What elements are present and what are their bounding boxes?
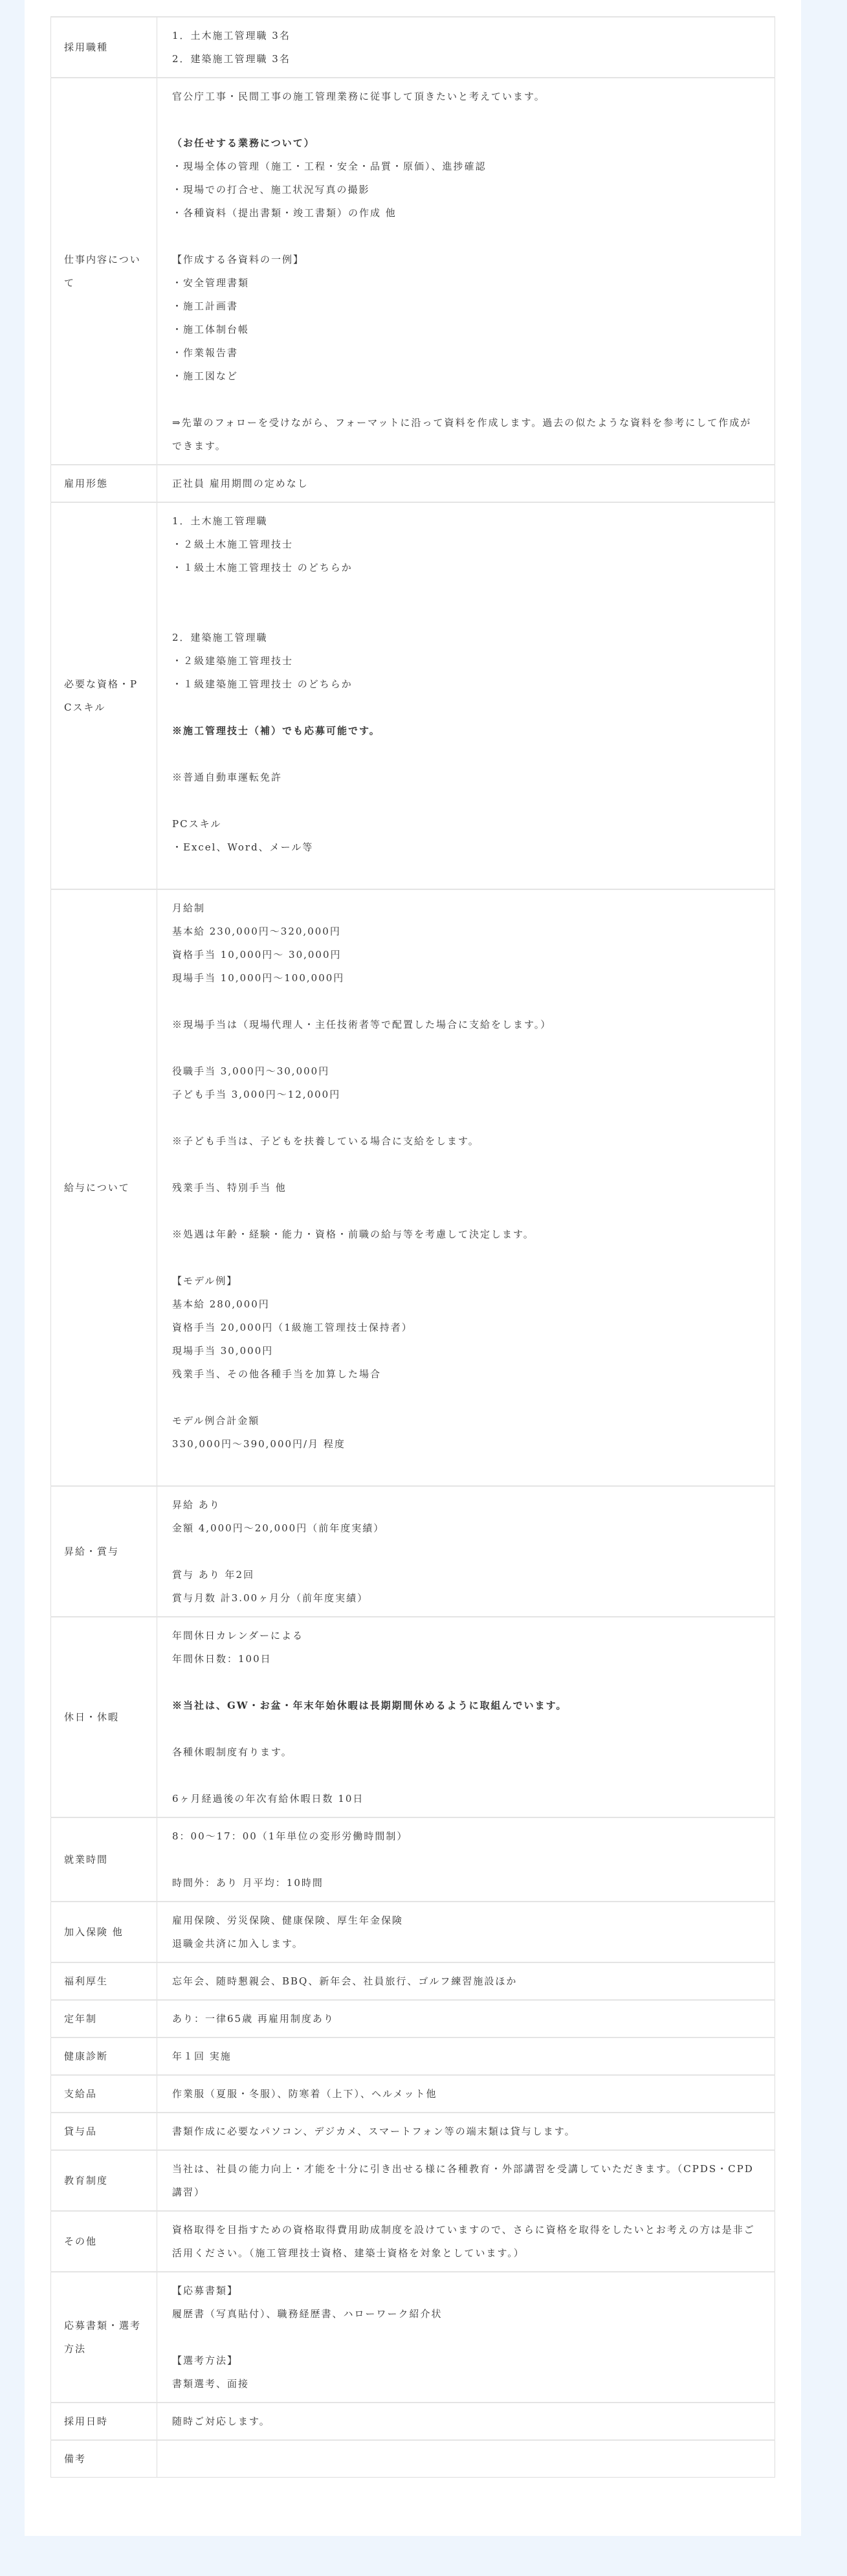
value-line: ・Excel、Word、メール等	[172, 836, 759, 859]
value-line: 資格取得を目指すための資格取得費用助成制度を設けていますので、さらに資格を取得を…	[172, 2218, 759, 2265]
row-value: 作業服（夏服・冬服）、防寒着（上下）、ヘルメット他	[157, 2075, 775, 2113]
value-line: 8：00〜17：00（1年単位の変形労働時間制）	[172, 1825, 759, 1848]
blank-line	[172, 1106, 759, 1129]
value-line: 正社員 雇用期間の定めなし	[172, 472, 759, 495]
table-row-15: 教育制度 当社は、社員の能力向上・才能を十分に引き出せる様に各種教育・外部講習を…	[51, 2150, 775, 2211]
value-line: 忘年会、随時懇親会、BBQ、新年会、社員旅行、ゴルフ練習施設ほか	[172, 1970, 759, 1993]
table-body: 採用職種 1．土木施工管理職 3名2．建築施工管理職 3名 仕事内容について 官…	[51, 17, 775, 2478]
table-row-9: 加入保険 他 雇用保険、労災保険、健康保険、厚生年金保険退職金共済に加入します。	[51, 1902, 775, 1962]
row-value: 8：00〜17：00（1年単位の変形労働時間制）時間外：あり 月平均：10時間	[157, 1817, 775, 1902]
row-label: 教育制度	[51, 2150, 157, 2211]
blank-line	[172, 2326, 759, 2349]
row-label: 仕事内容について	[51, 78, 157, 465]
row-label: 昇給・賞与	[51, 1486, 157, 1617]
value-line: 月給制	[172, 896, 759, 920]
value-line: ・施工図など	[172, 364, 759, 388]
row-label: その他	[51, 2211, 157, 2272]
blank-line	[172, 1456, 759, 1479]
row-value: 1．土木施工管理職 3名2．建築施工管理職 3名	[157, 17, 775, 78]
row-label: 福利厚生	[51, 1962, 157, 2000]
table-row-12: 健康診断 年１回 実施	[51, 2037, 775, 2075]
value-line: あり：一律65歳 再雇用制度あり	[172, 2007, 759, 2030]
value-line: ※普通自動車運転免許	[172, 766, 759, 789]
value-line: ・現場での打合せ、施工状況写真の撮影	[172, 178, 759, 201]
table-row-10: 福利厚生 忘年会、随時懇親会、BBQ、新年会、社員旅行、ゴルフ練習施設ほか	[51, 1962, 775, 2000]
blank-line	[172, 990, 759, 1013]
value-line: 随時ご対応します。	[172, 2410, 759, 2433]
value-line: ・１級建築施工管理技士 のどちらか	[172, 672, 759, 696]
value-line: 書類作成に必要なパソコン、デジカメ、スマートフォン等の端末類は貸与します。	[172, 2120, 759, 2143]
row-value: 昇給 あり金額 4,000円〜20,000円（前年度実績）賞与 あり 年2回賞与…	[157, 1486, 775, 1617]
value-line: 基本給 230,000円〜320,000円	[172, 920, 759, 943]
value-line: 年間休日数：100日	[172, 1647, 759, 1671]
row-label: 貸与品	[51, 2113, 157, 2150]
recruitment-card: 採用職種 1．土木施工管理職 3名2．建築施工管理職 3名 仕事内容について 官…	[25, 0, 801, 2536]
table-row-1: 採用職種 1．土木施工管理職 3名2．建築施工管理職 3名	[51, 17, 775, 78]
row-label: 休日・休暇	[51, 1617, 157, 1817]
value-line: 【モデル例】	[172, 1269, 759, 1293]
value-line: 残業手当、その他各種手当を加算した場合	[172, 1362, 759, 1386]
row-label: 必要な資格・PCスキル	[51, 502, 157, 889]
row-value: 忘年会、随時懇親会、BBQ、新年会、社員旅行、ゴルフ練習施設ほか	[157, 1962, 775, 2000]
row-label: 定年制	[51, 2000, 157, 2037]
blank-line	[172, 1386, 759, 1409]
table-row-18: 採用日時 随時ご対応します。	[51, 2403, 775, 2440]
row-label: 備考	[51, 2440, 157, 2478]
table-row-13: 支給品 作業服（夏服・冬服）、防寒着（上下）、ヘルメット他	[51, 2075, 775, 2113]
value-line: 【作成する各資料の一例】	[172, 248, 759, 271]
value-line: 官公庁工事・民間工事の施工管理業務に従事して頂きたいと考えています。	[172, 85, 759, 108]
value-line: ※子ども手当は、子どもを扶養している場合に支給をします。	[172, 1129, 759, 1153]
row-value: 月給制基本給 230,000円〜320,000円資格手当 10,000円〜 30…	[157, 889, 775, 1486]
blank-line	[172, 859, 759, 882]
value-line: 基本給 280,000円	[172, 1293, 759, 1316]
value-line: ・２級土木施工管理技士	[172, 533, 759, 556]
value-line: （お任せする業務について）	[172, 131, 759, 155]
row-label: 加入保険 他	[51, 1902, 157, 1962]
value-line: 各種休暇制度有ります。	[172, 1740, 759, 1764]
value-line: 履歴書（写真貼付）、職務経歴書、ハローワーク紹介状	[172, 2302, 759, 2326]
row-value: 書類作成に必要なパソコン、デジカメ、スマートフォン等の端末類は貸与します。	[157, 2113, 775, 2150]
blank-line	[172, 1246, 759, 1269]
row-value: あり：一律65歳 再雇用制度あり	[157, 2000, 775, 2037]
row-value	[157, 2440, 775, 2478]
row-label: 雇用形態	[51, 465, 157, 502]
value-line: ・作業報告書	[172, 341, 759, 364]
value-line: 残業手当、特別手当 他	[172, 1176, 759, 1199]
value-line: ・現場全体の管理（施工・工程・安全・品質・原価）、進捗確認	[172, 155, 759, 178]
recruitment-details-table: 採用職種 1．土木施工管理職 3名2．建築施工管理職 3名 仕事内容について 官…	[50, 16, 775, 2478]
value-line: ・施工計画書	[172, 294, 759, 318]
blank-line	[172, 603, 759, 626]
blank-line	[172, 1717, 759, 1740]
table-row-6: 昇給・賞与 昇給 あり金額 4,000円〜20,000円（前年度実績）賞与 あり…	[51, 1486, 775, 1617]
value-line: 【選考方法】	[172, 2349, 759, 2372]
row-value: 年１回 実施	[157, 2037, 775, 2075]
value-line: PCスキル	[172, 812, 759, 836]
blank-line	[172, 742, 759, 766]
value-line: 1．土木施工管理職 3名	[172, 24, 759, 47]
value-line: ※処遇は年齢・経験・能力・資格・前職の給与等を考慮して決定します。	[172, 1223, 759, 1246]
value-line: 退職金共済に加入します。	[172, 1932, 759, 1955]
value-line: ・２級建築施工管理技士	[172, 649, 759, 672]
blank-line	[172, 1540, 759, 1563]
value-line: ※現場手当は（現場代理人・主任技術者等で配置した場合に支給をします。）	[172, 1013, 759, 1036]
row-label: 給与について	[51, 889, 157, 1486]
blank-line	[172, 789, 759, 812]
value-line: 作業服（夏服・冬服）、防寒着（上下）、ヘルメット他	[172, 2082, 759, 2105]
table-row-4: 必要な資格・PCスキル 1．土木施工管理職・２級土木施工管理技士・１級土木施工管…	[51, 502, 775, 889]
value-line: ・施工体制台帳	[172, 318, 759, 341]
blank-line	[172, 2447, 759, 2471]
value-line: モデル例合計金額	[172, 1409, 759, 1432]
row-value: 1．土木施工管理職・２級土木施工管理技士・１級土木施工管理技士 のどちらか2．建…	[157, 502, 775, 889]
value-line: 資格手当 20,000円（1級施工管理技士保持者）	[172, 1316, 759, 1339]
row-label: 採用職種	[51, 17, 157, 78]
value-line: 【応募書類】	[172, 2279, 759, 2302]
value-line: 賞与月数 計3.00ヶ月分（前年度実績）	[172, 1586, 759, 1610]
value-line: 賞与 あり 年2回	[172, 1563, 759, 1586]
value-line: ・各種資料（提出書類・竣工書類）の作成 他	[172, 201, 759, 225]
row-value: 年間休日カレンダーによる年間休日数：100日※当社は、GW・お盆・年末年始休暇は…	[157, 1617, 775, 1817]
value-line: ⇒先輩のフォローを受けながら、フォーマットに沿って資料を作成します。過去の似たよ…	[172, 411, 759, 458]
value-line: 雇用保険、労災保険、健康保険、厚生年金保険	[172, 1909, 759, 1932]
value-line: 役職手当 3,000円〜30,000円	[172, 1060, 759, 1083]
blank-line	[172, 108, 759, 131]
table-row-14: 貸与品 書類作成に必要なパソコン、デジカメ、スマートフォン等の端末類は貸与します…	[51, 2113, 775, 2150]
row-value: 雇用保険、労災保険、健康保険、厚生年金保険退職金共済に加入します。	[157, 1902, 775, 1962]
row-value: 資格取得を目指すための資格取得費用助成制度を設けていますので、さらに資格を取得を…	[157, 2211, 775, 2272]
value-line: 1．土木施工管理職	[172, 509, 759, 533]
value-line: 年１回 実施	[172, 2045, 759, 2068]
value-line: 書類選考、面接	[172, 2372, 759, 2395]
table-row-7: 休日・休暇 年間休日カレンダーによる年間休日数：100日※当社は、GW・お盆・年…	[51, 1617, 775, 1817]
blank-line	[172, 388, 759, 411]
value-line: 当社は、社員の能力向上・才能を十分に引き出せる様に各種教育・外部講習を受講してい…	[172, 2157, 759, 2204]
row-value: 官公庁工事・民間工事の施工管理業務に従事して頂きたいと考えています。（お任せする…	[157, 78, 775, 465]
table-row-11: 定年制 あり：一律65歳 再雇用制度あり	[51, 2000, 775, 2037]
row-value: 随時ご対応します。	[157, 2403, 775, 2440]
value-line: 子ども手当 3,000円〜12,000円	[172, 1083, 759, 1106]
value-line: 資格手当 10,000円〜 30,000円	[172, 943, 759, 966]
value-line: 6ヶ月経過後の年次有給休暇日数 10日	[172, 1787, 759, 1810]
table-row-2: 仕事内容について 官公庁工事・民間工事の施工管理業務に従事して頂きたいと考えてい…	[51, 78, 775, 465]
value-line: 年間休日カレンダーによる	[172, 1624, 759, 1647]
value-line: ・１級土木施工管理技士 のどちらか	[172, 556, 759, 579]
blank-line	[172, 1671, 759, 1694]
value-line: ※施工管理技士（補）でも応募可能です。	[172, 719, 759, 742]
blank-line	[172, 1036, 759, 1060]
value-line: ・安全管理書類	[172, 271, 759, 294]
row-label: 健康診断	[51, 2037, 157, 2075]
row-value: 【応募書類】履歴書（写真貼付）、職務経歴書、ハローワーク紹介状【選考方法】書類選…	[157, 2272, 775, 2403]
blank-line	[172, 225, 759, 248]
blank-line	[172, 1848, 759, 1871]
blank-line	[172, 696, 759, 719]
table-row-3: 雇用形態 正社員 雇用期間の定めなし	[51, 465, 775, 502]
value-line: 現場手当 10,000円〜100,000円	[172, 966, 759, 990]
row-label: 採用日時	[51, 2403, 157, 2440]
row-value: 当社は、社員の能力向上・才能を十分に引き出せる様に各種教育・外部講習を受講してい…	[157, 2150, 775, 2211]
table-row-16: その他 資格取得を目指すための資格取得費用助成制度を設けていますので、さらに資格…	[51, 2211, 775, 2272]
value-line: 昇給 あり	[172, 1493, 759, 1516]
value-line: ※当社は、GW・お盆・年末年始休暇は長期期間休めるように取組んでいます。	[172, 1694, 759, 1717]
row-label: 応募書類・選考方法	[51, 2272, 157, 2403]
table-row-5: 給与について 月給制基本給 230,000円〜320,000円資格手当 10,0…	[51, 889, 775, 1486]
table-row-8: 就業時間 8：00〜17：00（1年単位の変形労働時間制）時間外：あり 月平均：…	[51, 1817, 775, 1902]
table-row-17: 応募書類・選考方法 【応募書類】履歴書（写真貼付）、職務経歴書、ハローワーク紹介…	[51, 2272, 775, 2403]
value-line: 330,000円〜390,000円/月 程度	[172, 1432, 759, 1456]
value-line: 時間外：あり 月平均：10時間	[172, 1871, 759, 1894]
row-label: 就業時間	[51, 1817, 157, 1902]
table-row-19: 備考	[51, 2440, 775, 2478]
blank-line	[172, 579, 759, 603]
value-line: 金額 4,000円〜20,000円（前年度実績）	[172, 1516, 759, 1540]
blank-line	[172, 1764, 759, 1787]
row-label: 支給品	[51, 2075, 157, 2113]
row-value: 正社員 雇用期間の定めなし	[157, 465, 775, 502]
value-line: 2．建築施工管理職 3名	[172, 47, 759, 71]
value-line: 2．建築施工管理職	[172, 626, 759, 649]
blank-line	[172, 1199, 759, 1223]
value-line: 現場手当 30,000円	[172, 1339, 759, 1362]
blank-line	[172, 1153, 759, 1176]
